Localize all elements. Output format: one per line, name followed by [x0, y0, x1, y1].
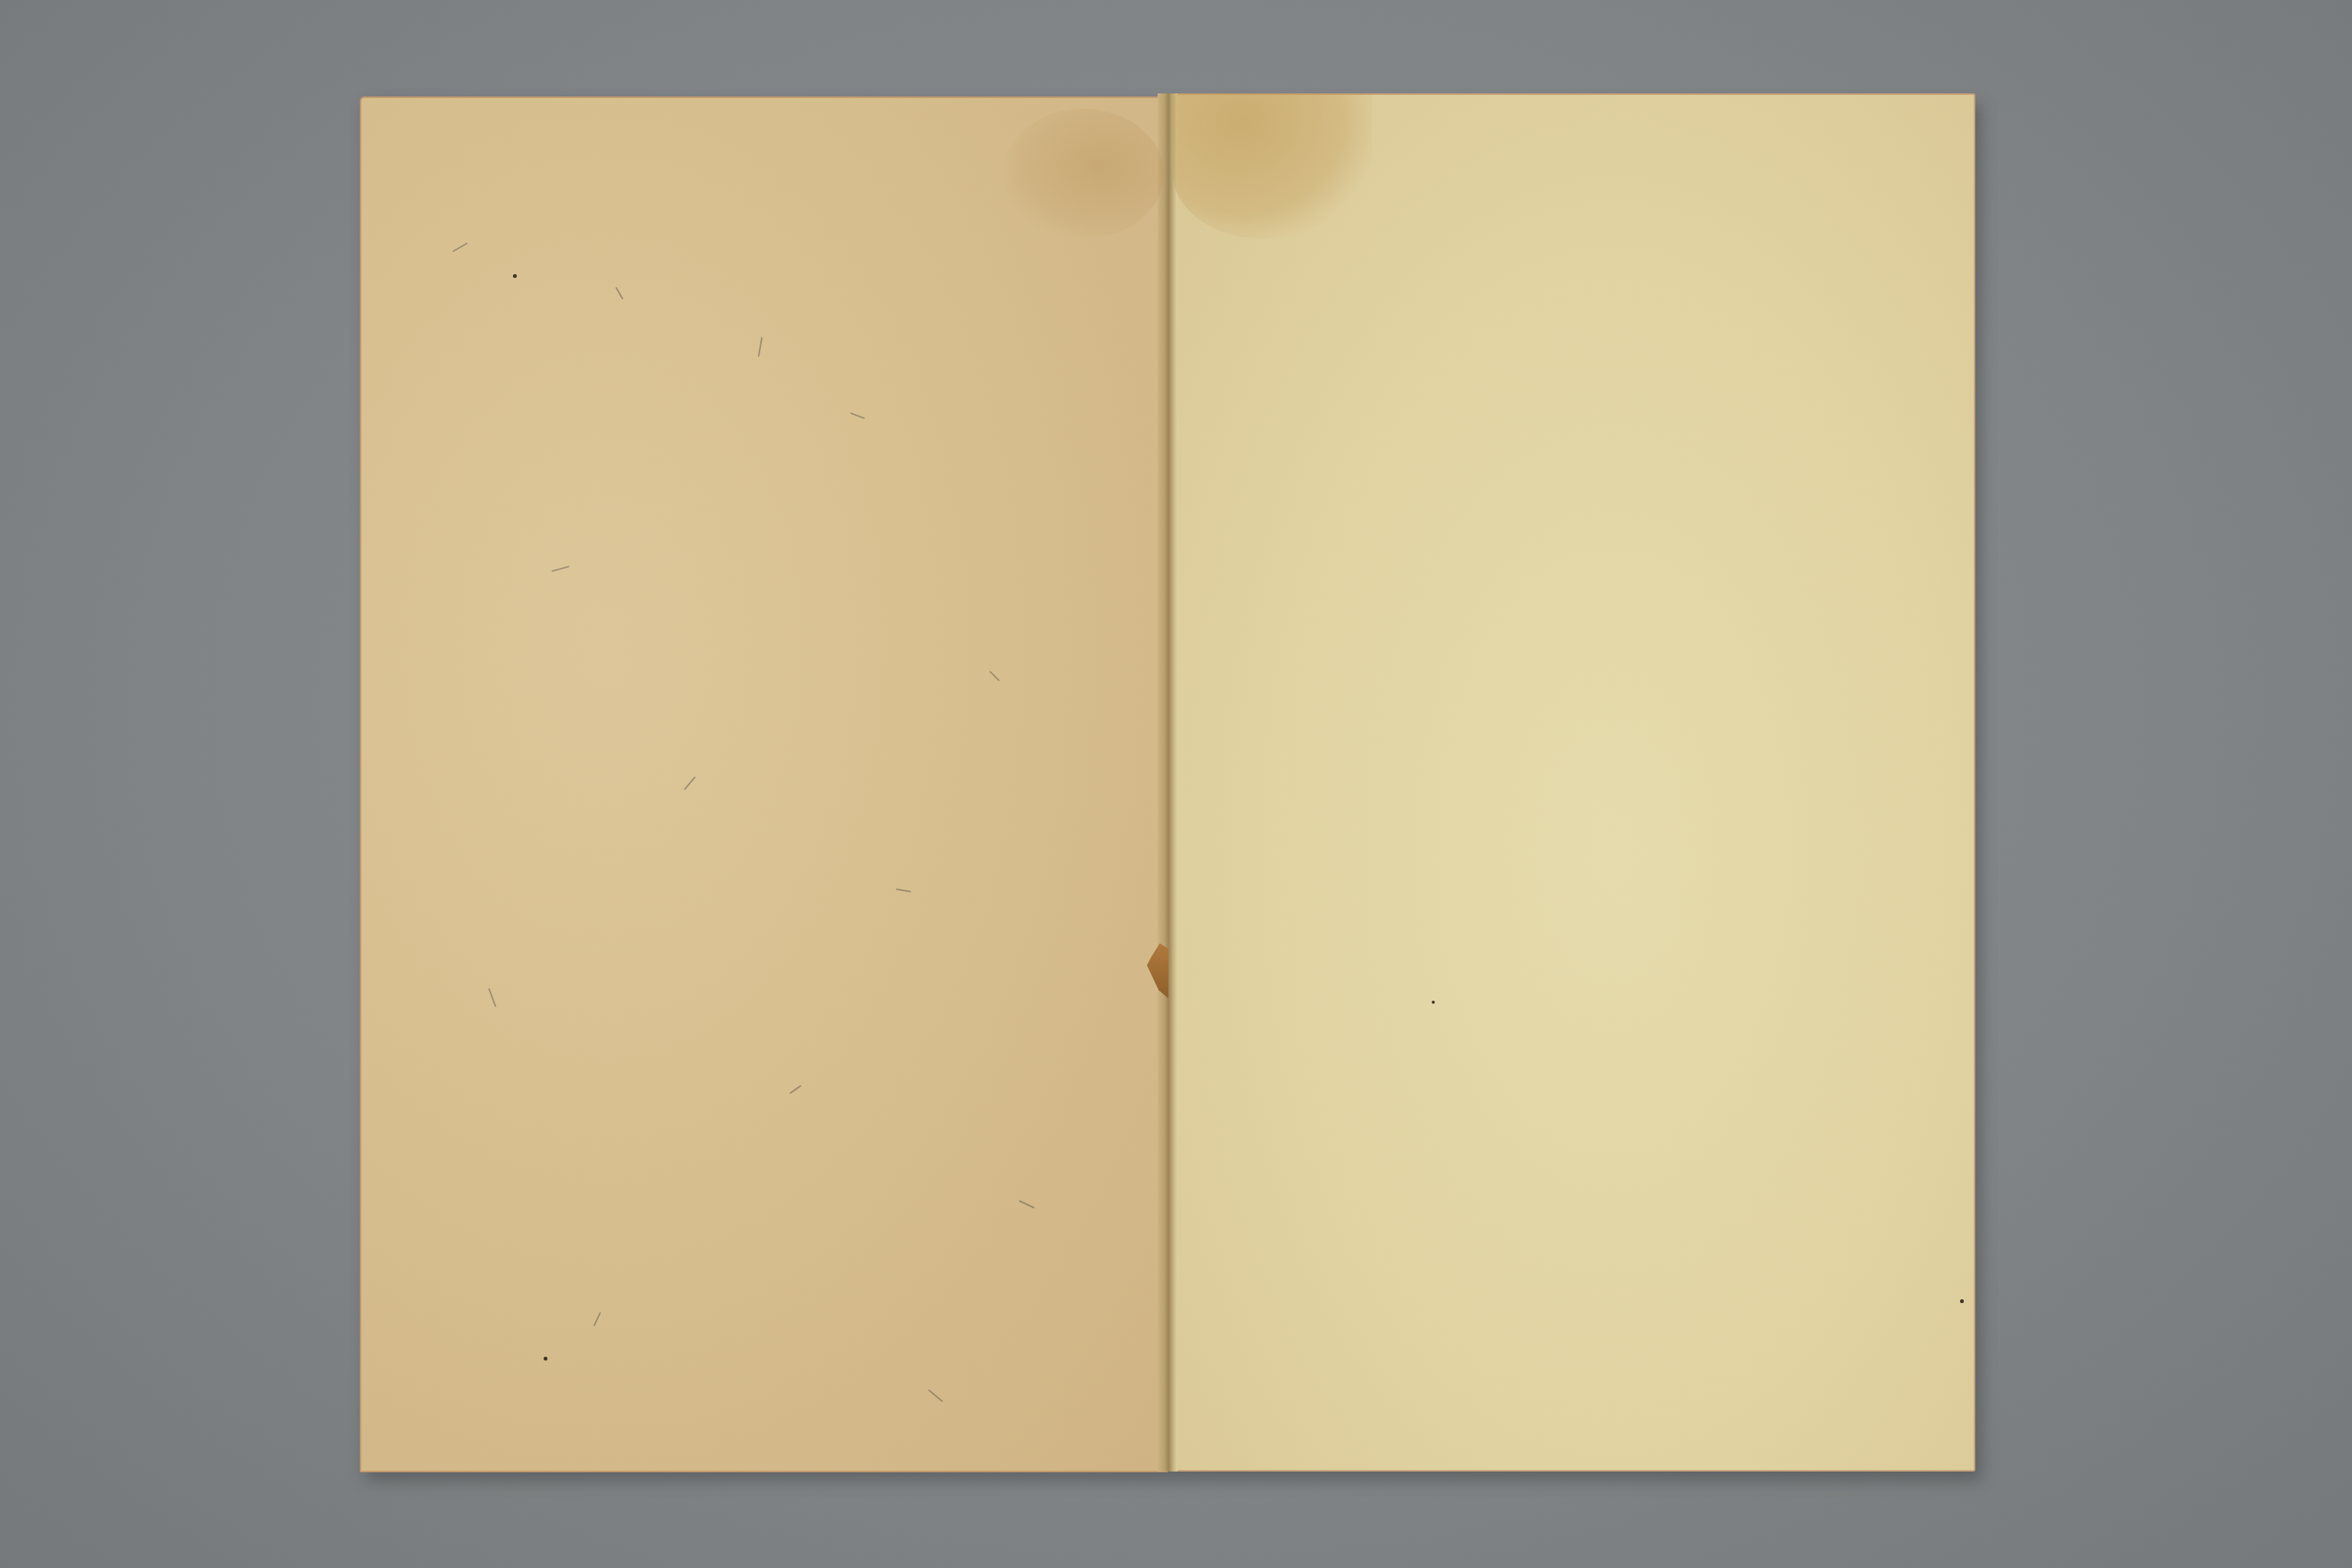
paper-speck	[513, 274, 517, 278]
paper-speck	[544, 1357, 547, 1361]
open-book	[360, 93, 1975, 1472]
paper-speck	[1960, 1299, 1964, 1303]
right-page	[1171, 93, 1975, 1472]
book-spine	[1158, 93, 1178, 1472]
paper-speck	[1432, 1001, 1435, 1004]
left-page-stain	[1003, 109, 1164, 239]
left-page	[360, 96, 1168, 1472]
